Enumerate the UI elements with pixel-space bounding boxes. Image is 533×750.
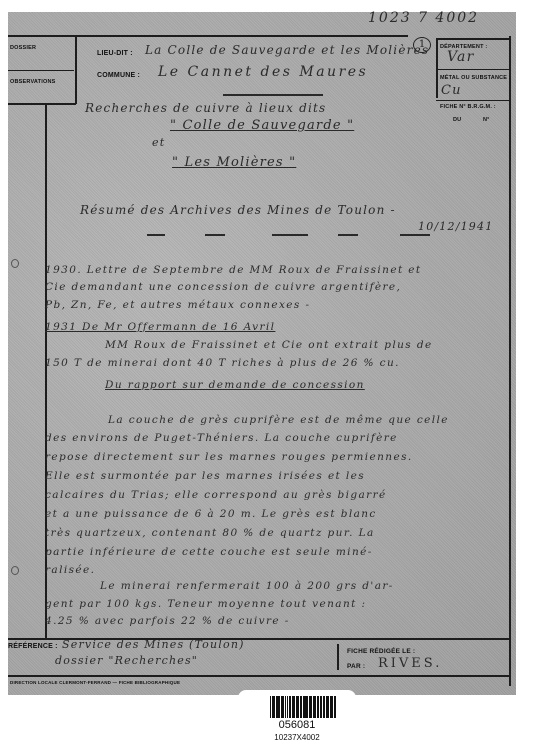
reference-label: RÉFÉRENCE :	[8, 643, 58, 650]
par-label: PAR :	[347, 663, 365, 670]
body-line: calcaires du Trias; elle correspond au g…	[45, 489, 387, 501]
fiche-label: FICHE N° B.R.G.M. :	[440, 104, 496, 110]
barcode-code: 10237X4002	[238, 733, 356, 742]
commune-value: Le Cannet des Maures	[158, 64, 368, 80]
right-box-rule-1	[436, 69, 510, 70]
left-box-bottom-rule	[8, 103, 76, 105]
body-line: 1930. Lettre de Septembre de MM Roux de …	[45, 264, 422, 276]
par-value: RIVES.	[378, 656, 442, 671]
circled-number: 1	[413, 37, 431, 53]
body-line: repose directement sur les marnes rouges…	[45, 451, 413, 463]
title-line-3: et	[152, 136, 165, 149]
left-frame-border	[45, 104, 47, 639]
right-frame-border	[509, 36, 511, 686]
body-line: 150 T de minerai dont 40 T riches à plus…	[45, 357, 400, 369]
body-line: Cie demandant une concession de cuivre a…	[45, 281, 401, 293]
body-line: Pb, Zn, Fe, et autres métaux connexes -	[45, 299, 310, 311]
right-box-left-border	[436, 38, 438, 98]
body-line: ralisée.	[45, 564, 95, 576]
body-line: Le minerai renfermerait 100 à 200 grs d'…	[100, 580, 394, 592]
body-line: 1931 De Mr Offermann de 16 Avril	[45, 321, 275, 333]
imprint-text: DIRECTION LOCALE CLERMONT-FERRAND — FICH…	[10, 680, 180, 685]
footer-divider	[337, 644, 339, 670]
divider-dash	[400, 234, 430, 236]
title-line-2: " Colle de Sauvegarde "	[170, 118, 354, 133]
reference-line-2: dossier "Recherches"	[55, 654, 198, 667]
body-line-heading: Du rapport sur demande de concession	[105, 379, 365, 391]
right-box-top-rule	[436, 38, 510, 40]
body-line: Elle est surmontée par les marnes irisée…	[45, 470, 365, 482]
departement-value: Var	[447, 49, 474, 65]
barcode-bars	[270, 696, 336, 718]
fiche-redigee-label: FICHE RÉDIGÉE LE :	[347, 648, 415, 655]
body-line: très quartzeux, contenant 80 % de quartz…	[45, 527, 375, 539]
reference-number: 1023 7 4002	[368, 10, 479, 26]
body-line: MM Roux de Fraissinet et Cie ont extrait…	[105, 339, 433, 351]
left-box-mid-rule	[8, 70, 74, 71]
footer-bottom-rule	[8, 675, 510, 677]
fiche-n-label: n°	[483, 117, 490, 123]
metal-value: Cu	[441, 83, 462, 98]
lieu-dit-label: LIEU-DIT :	[97, 50, 133, 57]
divider-dash	[147, 234, 165, 236]
header-top-rule	[8, 35, 408, 37]
title-line-4: " Les Molières "	[172, 155, 296, 170]
metal-label: MÉTAL OU SUBSTANCE :	[440, 75, 511, 81]
divider-dash	[205, 234, 225, 236]
body-line: 4.25 % avec parfois 22 % de cuivre -	[45, 615, 290, 627]
divider-dash	[338, 234, 358, 236]
fiche-du-label: du	[453, 117, 461, 123]
commune-label: COMMUNE :	[97, 72, 140, 79]
body-line: gent par 100 kgs. Teneur moyenne tout ve…	[45, 598, 366, 610]
body-line: La couche de grès cuprifère est de même …	[108, 414, 449, 426]
punch-hole	[11, 259, 19, 268]
barcode-number: 056081	[238, 719, 356, 731]
punch-hole	[11, 566, 19, 575]
body-line: des environs de Puget-Théniers. La couch…	[45, 432, 398, 444]
reference-line-1: Service des Mines (Toulon)	[62, 638, 245, 651]
lieu-dit-value: La Colle de Sauvegarde et les Molières	[145, 43, 429, 57]
observations-label: Observations	[10, 79, 56, 85]
body-line: et a une puissance de 6 à 20 m. Le grès …	[45, 508, 377, 520]
dossier-label: Dossier	[10, 45, 36, 51]
title-line-1: Recherches de cuivre à lieux dits	[85, 101, 326, 115]
divider-dash	[272, 234, 308, 236]
left-box-divider	[75, 36, 77, 104]
body-line: partie inférieure de cette couche est se…	[45, 546, 373, 558]
title-top-dash	[223, 94, 323, 96]
source-line: Résumé des Archives des Mines de Toulon …	[80, 203, 396, 217]
source-date: 10/12/1941	[418, 220, 493, 233]
right-box-rule-2	[436, 100, 510, 101]
